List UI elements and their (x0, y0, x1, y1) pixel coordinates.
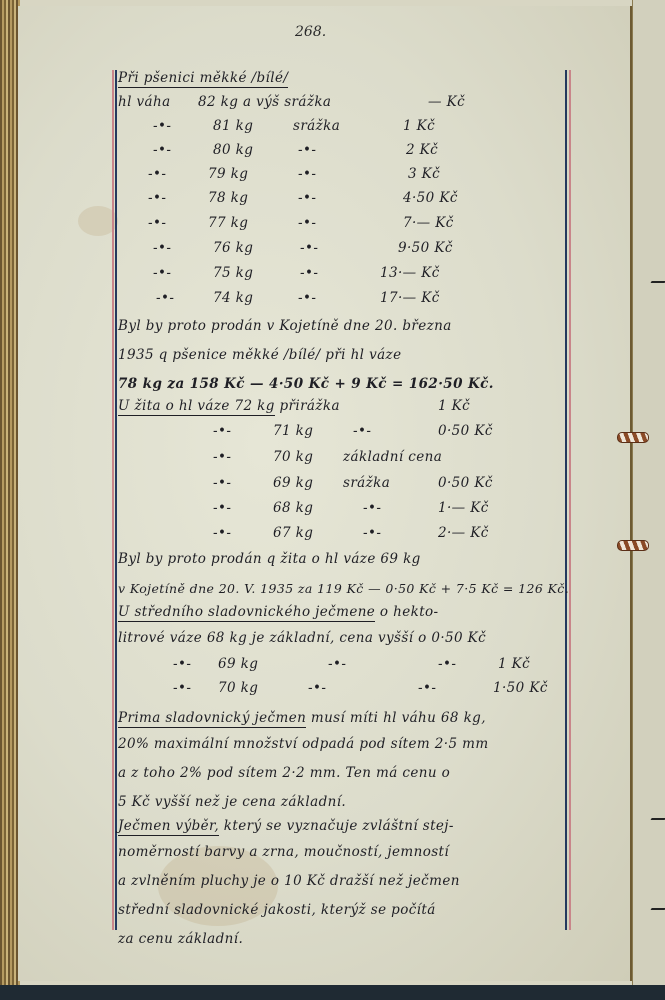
wheat-row: -•- 75 kg -•- 13·— Kč (118, 265, 578, 287)
paragraph-line: 1935 q pšenice měkké /bílé/ při hl váze (118, 341, 578, 370)
wheat-header-row: hl váha 82 kg a výš srážka — Kč (118, 94, 578, 116)
choice-barley-paragraph: noměrností barvy a zrna, moučností, jemn… (118, 838, 578, 954)
ditto-mark: -•- (213, 423, 231, 439)
prime-barley-heading: Prima sladovnický ječmen (118, 710, 306, 728)
row-note: -•- (300, 240, 318, 256)
facing-page-ink-mark (651, 815, 665, 820)
row-note: srážka (343, 475, 390, 491)
barley-row: -•- 70 kg -•- -•- 1·50 Kč (118, 680, 578, 702)
ditto-mark: -•- (153, 142, 171, 158)
facing-page-edge (632, 0, 665, 985)
binding-string-loop (617, 432, 649, 443)
ditto-mark: -•- (148, 190, 166, 206)
ditto-mark: -•- (156, 290, 174, 306)
amount-value: 17·— Kč (380, 290, 440, 306)
paragraph-line: za cenu základní. (118, 925, 578, 954)
amount-value: 1 Kč (498, 656, 530, 672)
paragraph-line: Byl by proto prodán v Kojetíně dne 20. b… (118, 312, 578, 341)
choice-barley-heading-line: Ječmen výběr, který se vyznačuje zvláštn… (118, 818, 578, 840)
barley-heading-line: U středního sladovnického ječmene o hekt… (118, 604, 578, 626)
weight-value: 78 kg (208, 190, 248, 206)
paragraph-line: v Kojetíně dne 20. V. 1935 za 119 Kč — 0… (118, 574, 578, 603)
row-note: -•- (363, 525, 381, 541)
amount-value: 13·— Kč (380, 265, 440, 281)
left-margin-rule-red (112, 70, 114, 930)
amount-value: 9·50 Kč (398, 240, 453, 256)
wheat-row: -•- 76 kg -•- 9·50 Kč (118, 240, 578, 262)
wheat-row: -•- 81 kg srážka 1 Kč (118, 118, 578, 140)
rye-heading-amount: 1 Kč (438, 398, 470, 414)
wheat-row: -•- 80 kg -•- 2 Kč (118, 142, 578, 164)
ditto-mark: -•- (213, 525, 231, 541)
amount-value: 1·50 Kč (493, 680, 548, 696)
binding-string-loop (617, 540, 649, 551)
paragraph-line: a z toho 2% pod sítem 2·2 mm. Ten má cen… (118, 759, 578, 788)
ditto-mark: -•- (213, 475, 231, 491)
row-note: -•- (353, 423, 371, 439)
amount-value: 3 Kč (408, 166, 440, 182)
weight-value: 69 kg (218, 656, 258, 672)
paragraph-line: 20% maximální množství odpadá pod sítem … (118, 730, 578, 759)
row-note: -•- (300, 265, 318, 281)
amount-value: 1·— Kč (438, 500, 489, 516)
amount-value: 1 Kč (403, 118, 435, 134)
left-page-stack-edge (0, 0, 20, 985)
weight-value: 71 kg (273, 423, 313, 439)
paragraph-line: 5 Kč vyšší než je cena základní. (118, 788, 578, 817)
amount-value: 0·50 Kč (438, 475, 493, 491)
wheat-row: -•- 77 kg -•- 7·— Kč (118, 215, 578, 237)
weight-value: 68 kg (273, 500, 313, 516)
barley-row: -•- 69 kg -•- -•- 1 Kč (118, 656, 578, 678)
paragraph-line: 78 kg za 158 Kč — 4·50 Kč + 9 Kč = 162·5… (118, 370, 578, 399)
paragraph-line: který se vyznačuje zvláštní stej- (224, 818, 454, 834)
ditto-mark: -•- (153, 265, 171, 281)
wheat-row: -•- 74 kg -•- 17·— Kč (118, 290, 578, 312)
ditto-mark: -•- (213, 500, 231, 516)
weight-value: 75 kg (213, 265, 253, 281)
paragraph-line: střední sladovnické jakosti, kterýž se p… (118, 896, 578, 925)
row-note: -•- (363, 500, 381, 516)
facing-page-ink-mark (651, 905, 665, 910)
rye-heading-suffix: přirážka (279, 398, 339, 414)
rye-row: -•- 71 kg -•- 0·50 Kč (118, 423, 578, 445)
prime-barley-paragraph: 20% maximální množství odpadá pod sítem … (118, 730, 578, 817)
ditto-mark: -•- (148, 166, 166, 182)
row-note: -•- (298, 142, 316, 158)
row-note: -•- (298, 190, 316, 206)
wheat-row: -•- 79 kg -•- 3 Kč (118, 166, 578, 188)
ditto-mark: -•- (173, 680, 191, 696)
ditto-mark: -•- (153, 240, 171, 256)
wheat-row: -•- 78 kg -•- 4·50 Kč (118, 190, 578, 212)
row-note: srážka (293, 118, 340, 134)
weight-value: 67 kg (273, 525, 313, 541)
ditto-mark: -•- (438, 656, 456, 672)
wheat-heading-line: Při pšenici měkké /bílé/ (118, 70, 578, 92)
ditto-mark: -•- (173, 656, 191, 672)
weight-value: 76 kg (213, 240, 253, 256)
weight-value: 70 kg (273, 449, 313, 465)
rye-heading-line: U žita o hl váze 72 kg přirážka 1 Kč (118, 398, 578, 420)
ditto-mark: -•- (418, 680, 436, 696)
weight-value: 80 kg (213, 142, 253, 158)
weight-value: 70 kg (218, 680, 258, 696)
prime-barley-heading-line: Prima sladovnický ječmen musí míti hl vá… (118, 710, 578, 732)
paragraph-line: musí míti hl váhu 68 kg, (311, 710, 486, 726)
ditto-mark: -•- (153, 118, 171, 134)
row-note: -•- (298, 166, 316, 182)
weight-value: 74 kg (213, 290, 253, 306)
hl-weight-label: hl váha (118, 94, 171, 110)
wheat-example-paragraph: Byl by proto prodán v Kojetíně dne 20. b… (118, 312, 578, 399)
choice-barley-heading: Ječmen výběr, (118, 818, 219, 836)
row-note: -•- (328, 656, 346, 672)
wheat-heading: Při pšenici měkké /bílé/ (118, 70, 288, 88)
page-number: 268. (295, 24, 326, 40)
left-margin-rule-blue (115, 70, 117, 930)
amount-value: 0·50 Kč (438, 423, 493, 439)
barley-heading-rest: o hekto- (380, 604, 439, 620)
row-note: základní cena (343, 449, 442, 465)
weight-value: 77 kg (208, 215, 248, 231)
weight-value: 69 kg (273, 475, 313, 491)
row-note: -•- (298, 215, 316, 231)
facing-page-ink-mark (651, 278, 665, 283)
amount-value: 4·50 Kč (403, 190, 458, 206)
weight-value: 79 kg (208, 166, 248, 182)
rye-row: -•- 67 kg -•- 2·— Kč (118, 525, 578, 547)
paragraph-line: Byl by proto prodán q žita o hl váze 69 … (118, 545, 578, 574)
paragraph-line: noměrností barvy a zrna, moučností, jemn… (118, 838, 578, 867)
rye-row: -•- 70 kg základní cena (118, 449, 578, 471)
rye-heading: U žita o hl váze 72 kg (118, 398, 275, 416)
weight-value: 81 kg (213, 118, 253, 134)
row-note: -•- (298, 290, 316, 306)
deduction-amount: — Kč (428, 94, 465, 110)
amount-value: 7·— Kč (403, 215, 454, 231)
paragraph-line: a zvlněním pluchy je o 10 Kč dražší než … (118, 867, 578, 896)
barley-heading: U středního sladovnického ječmene (118, 604, 375, 622)
ditto-mark: -•- (213, 449, 231, 465)
rye-row: -•- 69 kg srážka 0·50 Kč (118, 475, 578, 497)
row-note: -•- (308, 680, 326, 696)
rye-row: -•- 68 kg -•- 1·— Kč (118, 500, 578, 522)
amount-value: 2 Kč (406, 142, 438, 158)
barley-base-price-text: litrové váze 68 kg je základní, cena vyš… (118, 630, 486, 646)
ditto-mark: -•- (148, 215, 166, 231)
weight-threshold: 82 kg a výš srážka (198, 94, 331, 110)
rye-example-paragraph: Byl by proto prodán q žita o hl váze 69 … (118, 545, 578, 603)
amount-value: 2·— Kč (438, 525, 489, 541)
barley-line-2: litrové váze 68 kg je základní, cena vyš… (118, 630, 578, 652)
